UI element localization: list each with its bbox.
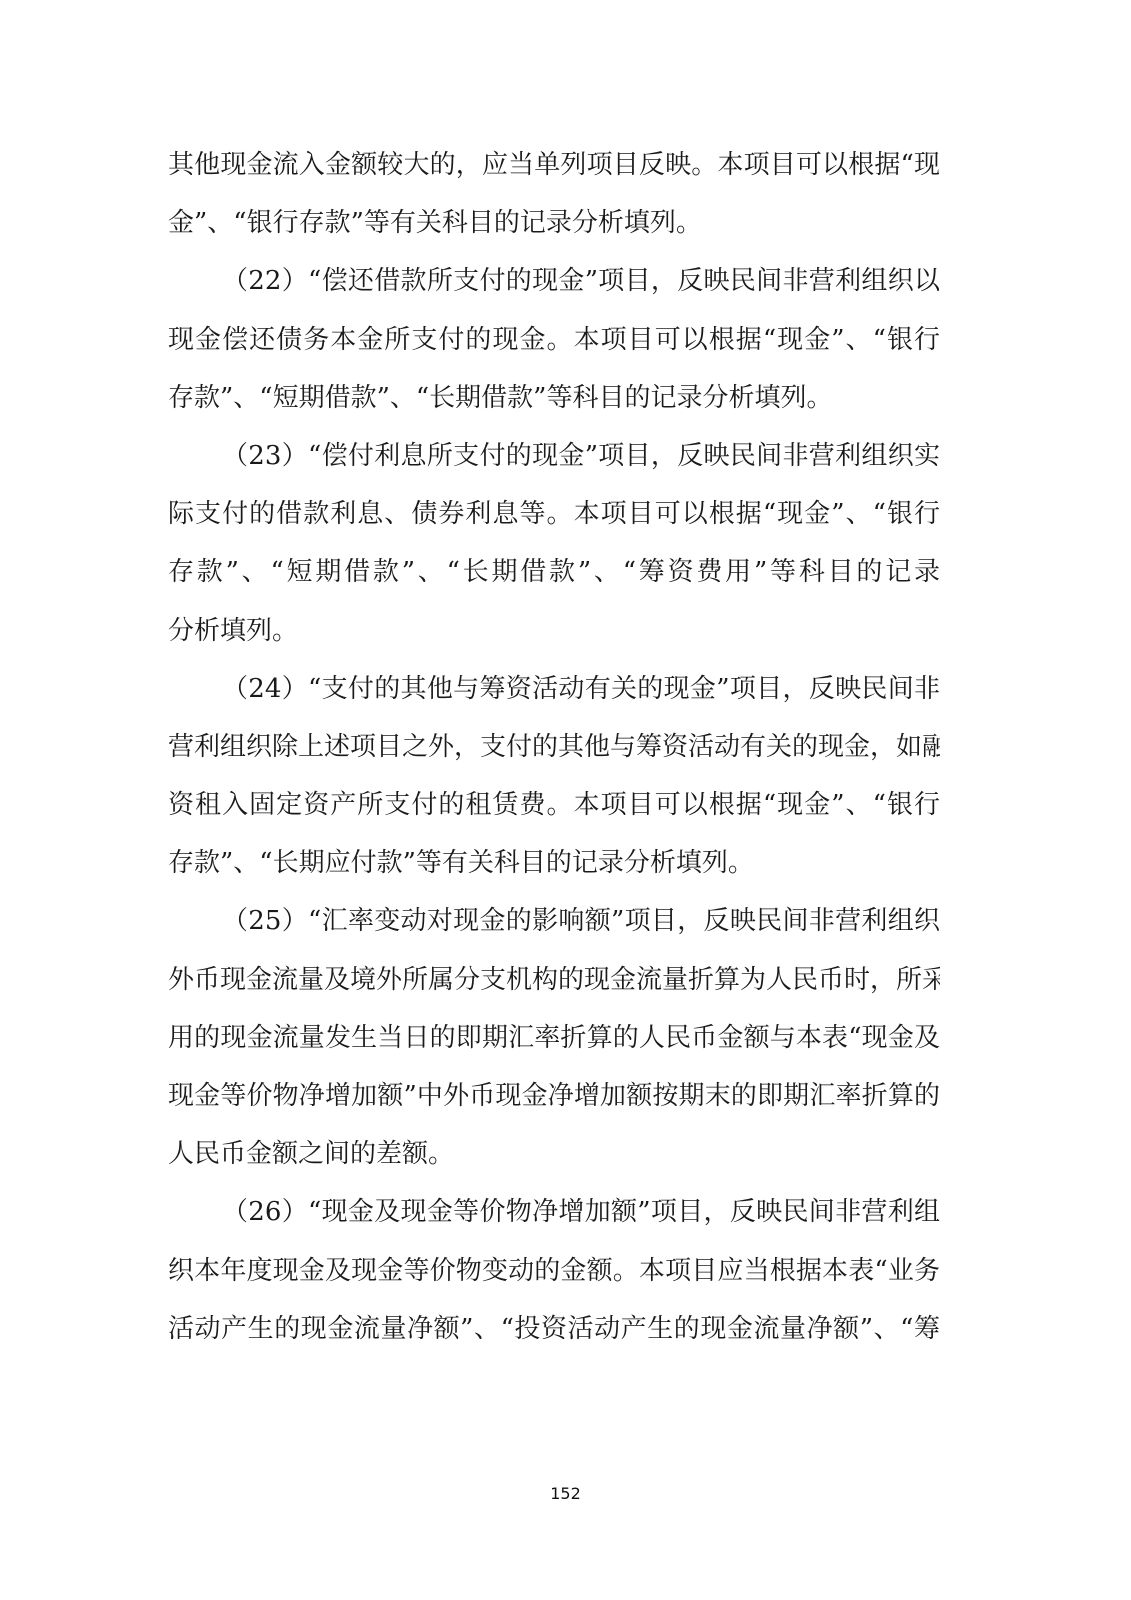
paragraph-continuation: 其他现金流入金额较大的，应当单列项目反映。本项目可以根据“现 金”、“银行存款”…	[168, 140, 940, 256]
text-line: 金”、“银行存款”等有关科目的记录分析填列。	[168, 198, 940, 256]
text-line: 存款”、“短期借款”、“长期借款”等科目的记录分析填列。	[168, 373, 940, 431]
text-line: （22）“偿还借款所支付的现金”项目，反映民间非营利组织以	[168, 256, 940, 314]
body-text: 其他现金流入金额较大的，应当单列项目反映。本项目可以根据“现 金”、“银行存款”…	[168, 140, 940, 1362]
page-number: 152	[0, 1484, 1131, 1503]
text-line: 外币现金流量及境外所属分支机构的现金流量折算为人民币时，所采	[168, 955, 940, 1013]
paragraph-item-25: （25）“汇率变动对现金的影响额”项目，反映民间非营利组织 外币现金流量及境外所…	[168, 896, 940, 1187]
text-line: 人民币金额之间的差额。	[168, 1129, 940, 1187]
text-line: 用的现金流量发生当日的即期汇率折算的人民币金额与本表“现金及	[168, 1013, 940, 1071]
text-line: 际支付的借款利息、债券利息等。本项目可以根据“现金”、“银行	[168, 489, 940, 547]
text-line: 现金偿还债务本金所支付的现金。本项目可以根据“现金”、“银行	[168, 315, 940, 373]
text-line: 营利组织除上述项目之外，支付的其他与筹资活动有关的现金，如融	[168, 722, 940, 780]
document-page: 其他现金流入金额较大的，应当单列项目反映。本项目可以根据“现 金”、“银行存款”…	[0, 0, 1131, 1600]
text-line: （25）“汇率变动对现金的影响额”项目，反映民间非营利组织	[168, 896, 940, 954]
text-line: 活动产生的现金流量净额”、“投资活动产生的现金流量净额”、“筹	[168, 1304, 940, 1362]
text-line: （24）“支付的其他与筹资活动有关的现金”项目，反映民间非	[168, 664, 940, 722]
text-line: 织本年度现金及现金等价物变动的金额。本项目应当根据本表“业务	[168, 1246, 940, 1304]
text-line: 资租入固定资产所支付的租赁费。本项目可以根据“现金”、“银行	[168, 780, 940, 838]
text-line: （26）“现金及现金等价物净增加额”项目，反映民间非营利组	[168, 1187, 940, 1245]
text-line: （23）“偿付利息所支付的现金”项目，反映民间非营利组织实	[168, 431, 940, 489]
text-line: 现金等价物净增加额”中外币现金净增加额按期末的即期汇率折算的	[168, 1071, 940, 1129]
paragraph-item-24: （24）“支付的其他与筹资活动有关的现金”项目，反映民间非 营利组织除上述项目之…	[168, 664, 940, 897]
paragraph-item-26: （26）“现金及现金等价物净增加额”项目，反映民间非营利组 织本年度现金及现金等…	[168, 1187, 940, 1362]
text-line: 存款”、“短期借款”、“长期借款”、“筹资费用”等科目的记录	[168, 547, 940, 605]
text-line: 分析填列。	[168, 606, 940, 664]
text-line: 其他现金流入金额较大的，应当单列项目反映。本项目可以根据“现	[168, 140, 940, 198]
text-line: 存款”、“长期应付款”等有关科目的记录分析填列。	[168, 838, 940, 896]
paragraph-item-23: （23）“偿付利息所支付的现金”项目，反映民间非营利组织实 际支付的借款利息、债…	[168, 431, 940, 664]
paragraph-item-22: （22）“偿还借款所支付的现金”项目，反映民间非营利组织以 现金偿还债务本金所支…	[168, 256, 940, 431]
